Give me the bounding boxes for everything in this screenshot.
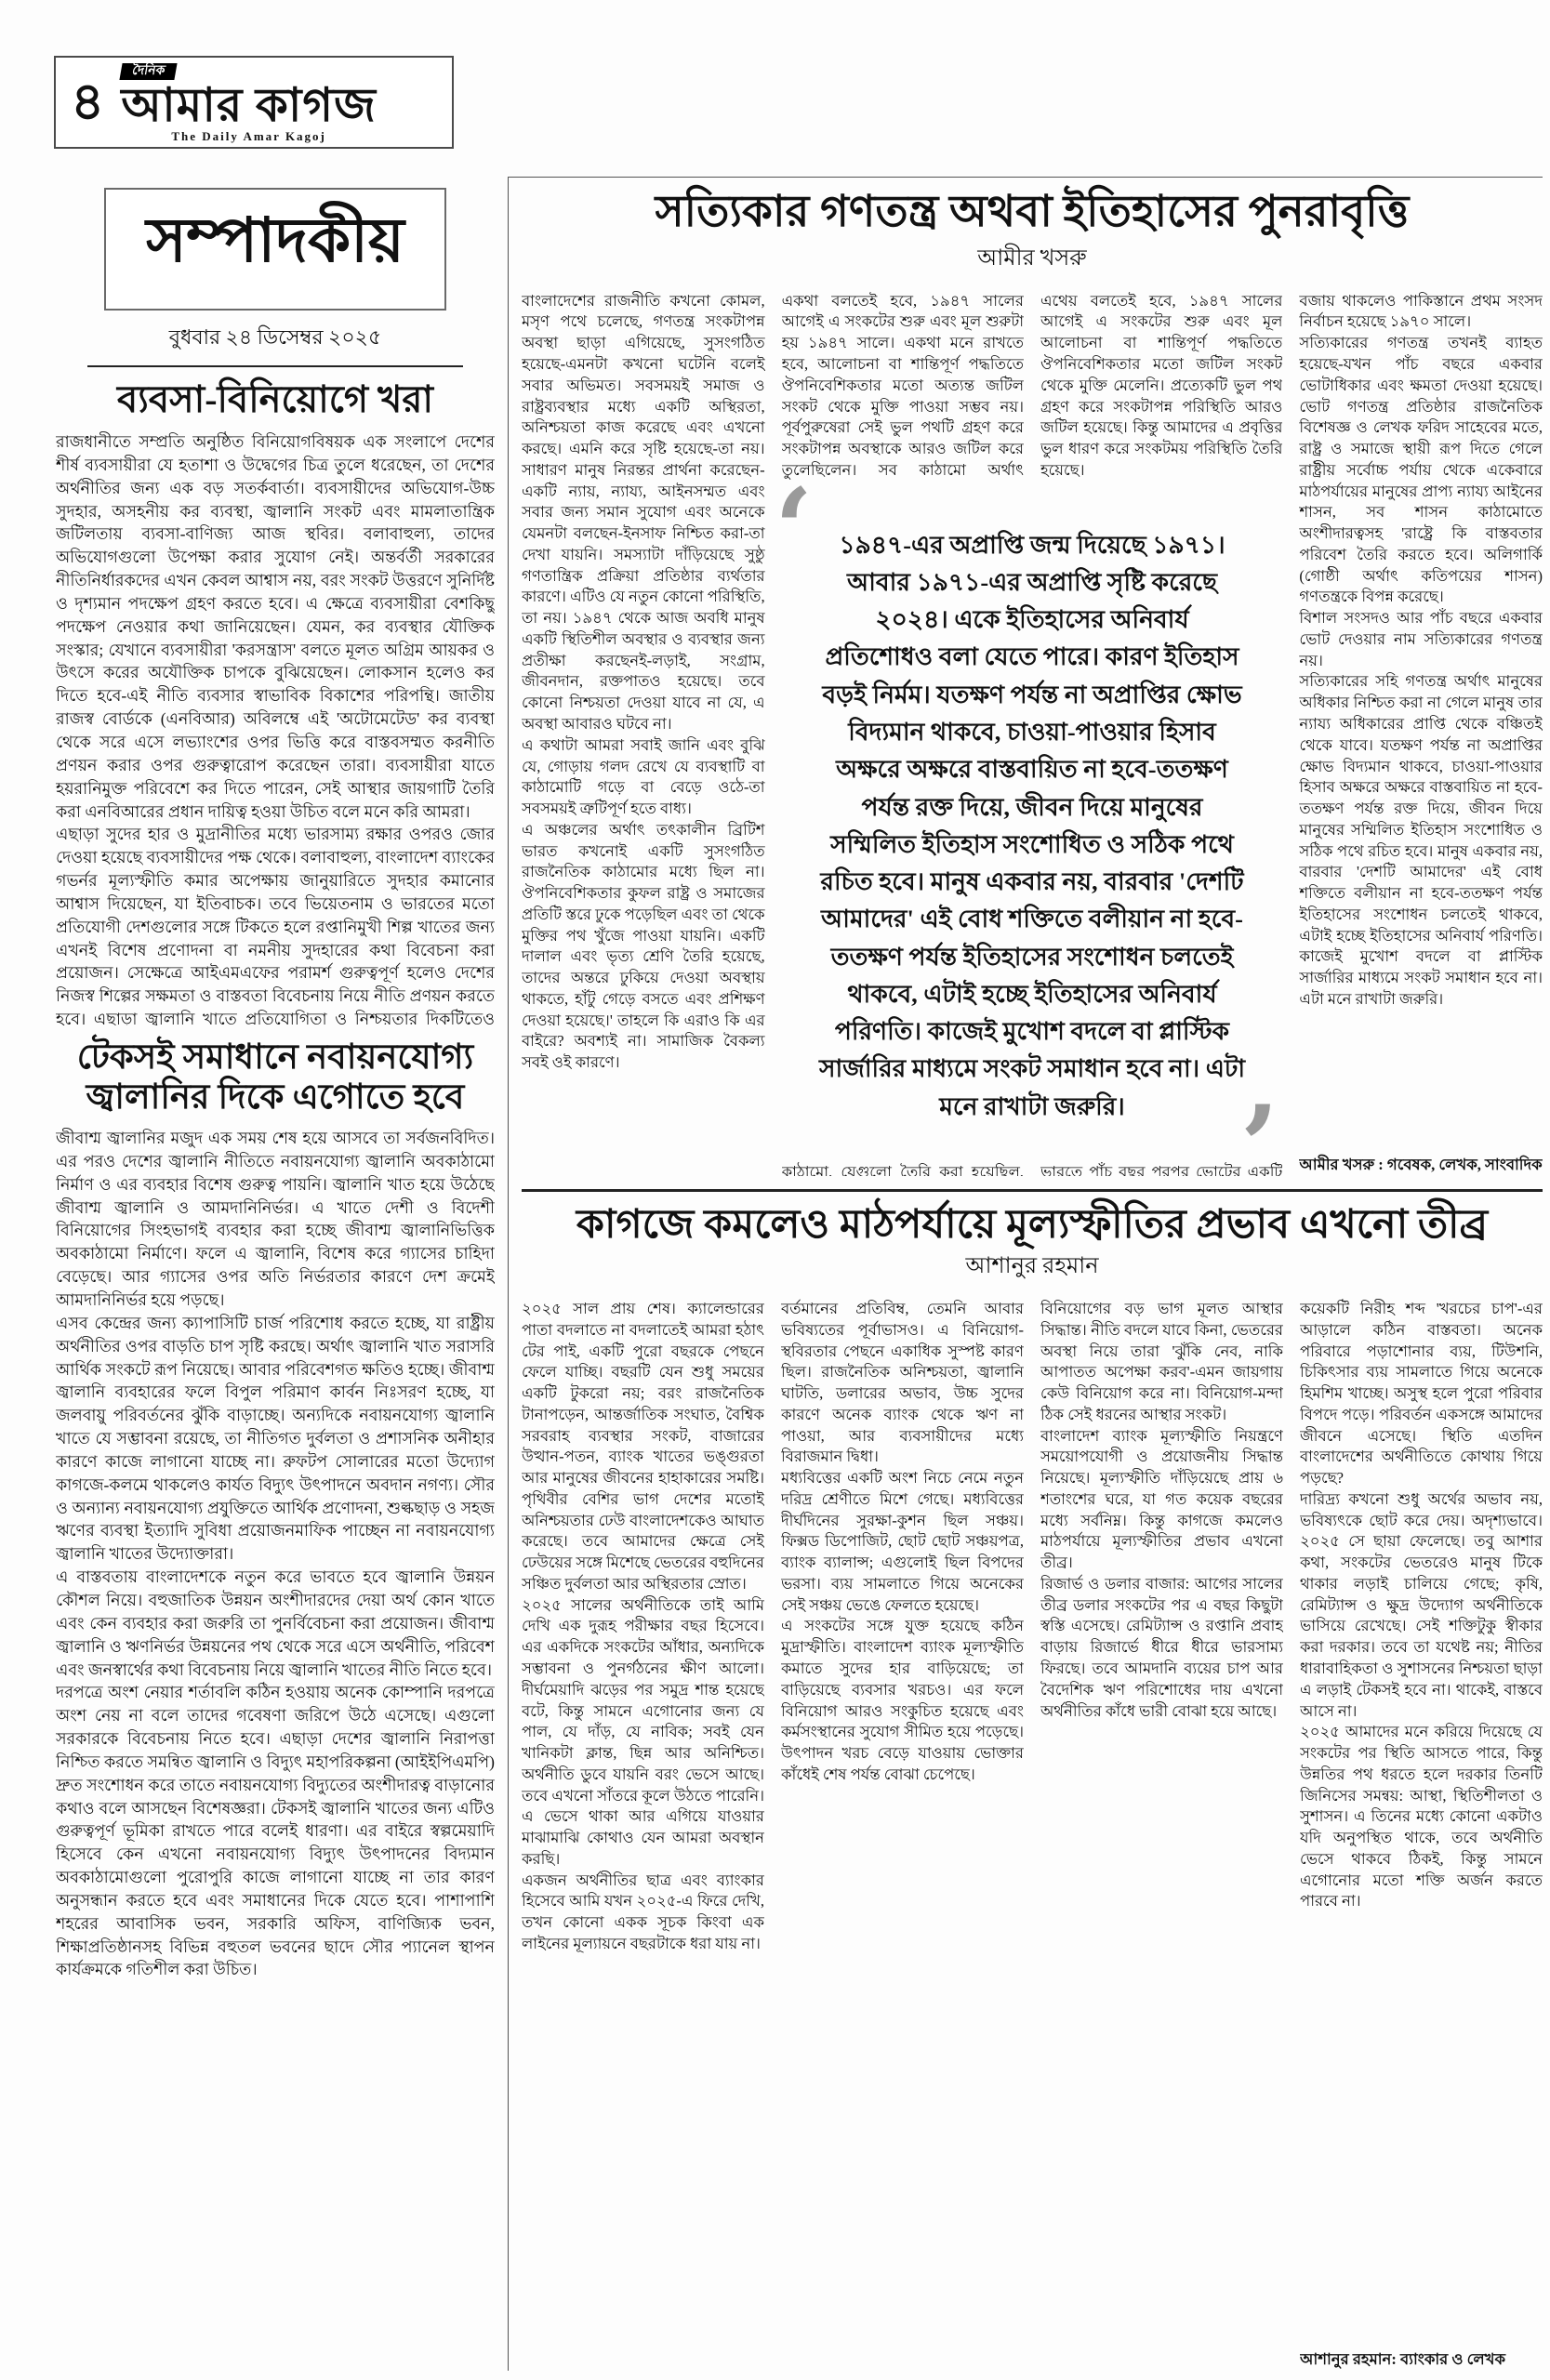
close-quote-icon: ’ [1240,1091,1279,1176]
second-column-1-text: ২০২৫ সাল প্রায় শেষ। ক্যালেন্ডারের পাতা … [522,1299,764,2371]
section-rule [522,1189,1543,1192]
lead-mid-top: একথা বলতেই হবে, ১৯৪৭ সালের আগেই এ সংকটের… [782,291,1283,482]
masthead: ৪ দৈনিক আমার কাগজ The Daily Amar Kagoj [54,56,454,149]
lead-column-4-text: বজায় থাকলেও পাকিস্তানে প্রথম সংসদ নির্ব… [1299,291,1543,1153]
newspaper-logo: দৈনিক আমার কাগজ The Daily Amar Kagoj [121,63,377,142]
second-column-4-text: কয়েকটি নিরীহ শব্দ 'খরচের চাপ'-এর আড়ালে… [1300,1299,1543,2347]
second-column-3: বিনিয়োগের বড় ভাগ মূলত আস্থার সিদ্ধান্ত… [1040,1299,1283,2371]
editorial-article2-title: টেকসই সমাধানে নবায়নযোগ্য জ্বালানির দিকে… [56,1038,495,1117]
logo-subtitle: The Daily Amar Kagoj [171,130,326,142]
editorial-article1-title: ব্যবসা-বিনিয়োগে খরা [56,378,495,421]
lead-mid-bottom: কাঠামো, যেগুলো তৈরি করা হয়েছিল, ইচ্ছাকৃ… [782,1162,1283,1176]
lead-column-2-bottom: কাঠামো, যেগুলো তৈরি করা হয়েছিল, ইচ্ছাকৃ… [782,1162,1024,1176]
page-content: সম্পাদকীয় বুধবার ২৪ ডিসেম্বর ২০২৫ ব্যবস… [56,177,1543,2371]
logo-title: আমার কাগজ [121,82,377,128]
second-column-3-text: বিনিয়োগের বড় ভাগ মূলত আস্থার সিদ্ধান্ত… [1040,1299,1283,2371]
open-quote-icon: ‘ [782,474,814,586]
main-region: সত্যিকার গণতন্ত্র অথবা ইতিহাসের পুনরাবৃত… [509,177,1543,2371]
lead-middle-columns: একথা বলতেই হবে, ১৯৪৭ সালের আগেই এ সংকটের… [782,291,1283,1176]
editorial-date: বুধবার ২৪ ডিসেম্বর ২০২৫ [56,322,495,356]
second-headline: কাগজে কমলেও মাঠপর্যায়ে মূল্যস্ফীতির প্র… [522,1203,1543,1247]
lead-column-2-top: একথা বলতেই হবে, ১৯৪৭ সালের আগেই এ সংকটের… [782,291,1024,482]
second-column-2: বর্তমানের প্রতিবিম্ব, তেমনি আবার ভবিষ্যত… [781,1299,1024,2371]
second-column-1: ২০২৫ সাল প্রায় শেষ। ক্যালেন্ডারের পাতা … [522,1299,764,2371]
lead-column-1: বাংলাদেশের রাজনীতি কখনো কোমল, মসৃণ পথে চ… [522,291,765,1176]
lead-column-4: বজায় থাকলেও পাকিস্তানে প্রথম সংসদ নির্ব… [1299,291,1543,1176]
editorial-article1-body: রাজধানীতে সম্প্রতি অনুষ্ঠিত বিনিয়োগবিষয… [56,430,495,1025]
second-author-credit: আশানুর রহমান: ব্যাংকার ও লেখক [1300,2347,1543,2371]
newspaper-page: ৪ দৈনিক আমার কাগজ The Daily Amar Kagoj স… [0,0,1550,2380]
logo-daily-label: দৈনিক [120,63,178,80]
pull-quote-text: ১৯৪৭-এর অপ্রাপ্তি জন্ম দিয়েছে ১৯৭১। আবা… [819,531,1245,1120]
lead-column-3-top: এথেয় বলতেই হবে, ১৯৪৭ সালের আগেই এ সংকটে… [1040,291,1282,482]
editorial-section-label: সম্পাদকীয় [104,188,446,311]
lead-byline: আমীর খসরু [522,241,1543,278]
editorial-column: সম্পাদকীয় বুধবার ২৪ ডিসেম্বর ২০২৫ ব্যবস… [56,177,508,2371]
second-article-body: ২০২৫ সাল প্রায় শেষ। ক্যালেন্ডারের পাতা … [522,1299,1543,2371]
editorial-article2-body: জীবাশ্ম জ্বালানির মজুদ এক সময় শেষ হয়ে … [56,1127,495,2371]
lead-article-body: বাংলাদেশের রাজনীতি কখনো কোমল, মসৃণ পথে চ… [522,291,1543,1176]
second-column-4: কয়েকটি নিরীহ শব্দ 'খরচের চাপ'-এর আড়ালে… [1300,1299,1543,2371]
editorial-rule [87,365,463,367]
second-column-2-text: বর্তমানের প্রতিবিম্ব, তেমনি আবার ভবিষ্যত… [781,1299,1024,2371]
second-byline: আশানুর রহমান [522,1249,1543,1286]
pull-quote: ‘ ১৯৪৭-এর অপ্রাপ্তি জন্ম দিয়েছে ১৯৭১। আ… [788,498,1278,1149]
page-number: ৪ [71,76,104,128]
lead-headline: সত্যিকার গণতন্ত্র অথবা ইতিহাসের পুনরাবৃত… [522,189,1543,237]
lead-column-1-text: বাংলাদেশের রাজনীতি কখনো কোমল, মসৃণ পথে চ… [522,291,765,1176]
lead-author-credit: আমীর খসরু : গবেষক, লেখক, সাংবাদিক [1299,1153,1543,1176]
